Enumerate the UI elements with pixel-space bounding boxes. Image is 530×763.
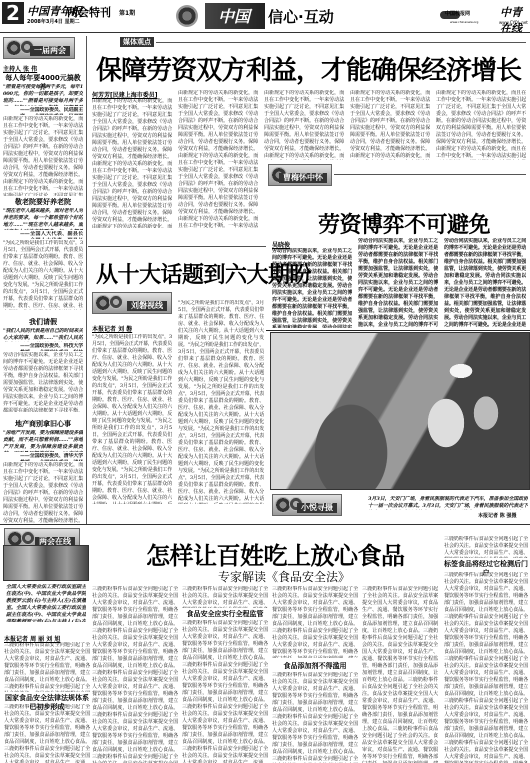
article4-col3a: 三鹿奶粉事件后食品安全问题引起了全社会的关注。食品安全法草案提交全国人大常委会审…	[182, 586, 268, 608]
emblem-icon	[109, 295, 123, 309]
news-photo	[270, 332, 530, 490]
left-quote-2: "现在老年人越来越多，面对老年人对养老的要求，每一个都希望有个好的地方……""现…	[3, 208, 83, 230]
left-quote-4: "房地产开发商，要为保障房建设多做贡献，而不是只想着利润……""房地产开发商，要…	[3, 430, 83, 452]
article4-col6b: 三鹿奶粉事件后食品安全问题引起了全社会的关注。食品安全法草案提交全国人大常委会审…	[444, 572, 528, 763]
column-divider	[86, 36, 87, 524]
photo-caption: 3月3日，天安门广场，身着民族服装的代表走下汽车，准备参加全国政协十一届一次会议…	[368, 496, 528, 510]
left-attr-4: ——全国政协委员、清华大学教授——全国政协委员、清华大学教授——全国政协委员、清…	[20, 453, 83, 461]
article1-headline: 保障劳资双方利益，才能确保经济增长	[96, 50, 521, 87]
label-text: 小悦寻摄	[297, 503, 337, 513]
left-body-2: "为民之所盼是我们工作的出发点"，3月5日，全国两会正式开幕，代表委员们带来了基…	[3, 240, 83, 310]
left-attr-2: ——全国人大代表、副县长——全国人大代表、副县长——全国人大代表、副县长——全国…	[20, 231, 83, 239]
section-rule	[334, 174, 526, 175]
article2-headline: 劳资博弈不可避免	[318, 208, 490, 239]
cyol-url: www.CYOL.net	[499, 20, 528, 25]
section-rule	[88, 246, 266, 247]
article1-kicker: 媒体观点	[120, 37, 154, 47]
left-body-3: 劳动合同法实施以来，企业与员工之间的博弈不可避免。无论是企业还是劳动者都需要在新…	[3, 352, 83, 412]
article4-subheadline: 专家解读《食品安全法》	[218, 568, 350, 585]
article4-subhead-2: 食品安全应实行全程监管	[182, 610, 268, 619]
article4-col6a: 三鹿奶粉事件后食品安全问题引起了全社会的关注。食品安全法草案提交全国人大常委会审…	[444, 536, 528, 558]
photo-rule	[266, 330, 530, 331]
banner-logo: 中国	[218, 4, 250, 27]
article1-col3: 由新规定下的劳动关系的新变化，而且在工作中变化不断。一年来劳动法实施引起了广泛讨…	[264, 90, 344, 160]
article3-headline: 从十大话题到六大期盼	[96, 258, 311, 289]
kicker-rule	[156, 42, 526, 43]
article3-label: 刘磐视线	[92, 292, 172, 314]
article4-col5: 三鹿奶粉事件后食品安全问题引起了全社会的关注。食品安全法草案提交全国人大常委会审…	[362, 586, 438, 763]
article4-col3b: 三鹿奶粉事件后食品安全问题引起了全社会的关注。食品安全法草案提交全国人大常委会审…	[182, 620, 268, 763]
national-emblem-icon	[176, 5, 198, 27]
partner-site-name: 中国校报网	[445, 10, 470, 17]
article4-headline: 怎样让百姓吃上放心食品	[146, 536, 405, 571]
left-body-4: 由新规定下的劳动关系的新变化，而且在工作中变化不断。一年来劳动法实施引起了广泛讨…	[3, 462, 83, 524]
article1-col1: 由新规定下的劳动关系的新变化，而且在工作中变化不断。一年来劳动法实施引起了广泛讨…	[92, 98, 172, 228]
left-quote-1: "照看是可接受每月两千多元，每年1000元，你的一切都是孩子，却要交班的……""…	[3, 84, 83, 106]
label-text: 曹梅怀中怀	[279, 173, 327, 183]
article2-col2: 劳动合同法实施以来，企业与员工之间的博弈不可避免。无论是企业还是劳动者都需要在新…	[358, 238, 438, 328]
left-body-1: 由新规定下的劳动关系的新变化，而且在工作中变化不断。一年来劳动法实施引起了广泛讨…	[3, 116, 83, 196]
issue-date: 2008年3月4日 星期二	[27, 18, 80, 25]
photo-label: 小悦寻摄	[272, 494, 342, 516]
article1-col5: 由新规定下的劳动关系的新变化，而且在工作中变化不断。一年来劳动法实施引起了广泛讨…	[436, 90, 526, 160]
article4-col4b: 三鹿奶粉事件后食品安全问题引起了全社会的关注。食品安全法草案提交全国人大常委会审…	[272, 672, 358, 763]
left-attr-3: ——全国政协委员、科技大学教授——全国政协委员、科技大学教授——全国政协委员、科…	[20, 343, 83, 351]
left-column-label: 一届两会	[3, 37, 75, 59]
article4-col2: 三鹿奶粉事件后食品安全问题引起了全社会的关注。食品安全法草案提交全国人大常委会审…	[92, 586, 178, 763]
article3-col2: "为民之所盼是我们工作的出发点"，3月5日，全国两会正式开幕，代表委员们带来了基…	[178, 300, 264, 504]
left-attr-1: ——全国政协委员、民进副主席——全国政协委员、民进副主席——全国政协委员、民进副…	[20, 107, 83, 115]
left-byline: 主持人 张 伟	[3, 64, 37, 73]
photo-credit: 本报记者 陈 强摄	[478, 512, 516, 519]
label-text: 刘磐视线	[127, 301, 167, 311]
left-subhead-2: 敬老院要好养老院	[3, 198, 83, 207]
emblem-icon	[21, 531, 35, 545]
article4-col1b: 三鹿奶粉事件后食品安全问题引起了全社会的关注。食品安全法草案提交全国人大常委会审…	[4, 704, 90, 763]
studio-photo-caption: 全国人大常委会法工委行政法室副主任袁杰(中)、中国农业大学食品学院教授罗云波(右…	[6, 584, 86, 622]
article4-col1a: 三鹿奶粉事件后食品安全问题引起了全社会的关注。食品安全法草案提交全国人大常委会审…	[4, 642, 90, 692]
masthead-rule	[0, 32, 530, 33]
section-rule	[0, 524, 530, 525]
page-number: 2	[2, 2, 24, 24]
article1-col4: 由新规定下的劳动关系的新变化，而且在工作中变化不断。一年来劳动法实施引起了广泛讨…	[350, 90, 430, 160]
left-subhead-3: 我们请假	[3, 318, 83, 327]
section-title: 信心·互动	[268, 6, 334, 27]
article4-subhead-3: 食品添加剂不得滥用	[272, 662, 358, 671]
label-text: 一届两会	[30, 46, 70, 56]
article3-col1: "为民之所盼是我们工作的出发点"，3月5日，全国两会正式开幕，代表委员们带来了基…	[92, 334, 172, 504]
left-quote-3: "我们人民的代表是用自己的时间来关心大家的事，如果……""我们人民的代表是用自己…	[3, 328, 83, 342]
article1-col2: 由新规定下的劳动关系的新变化，而且在工作中变化不断。一年来劳动法实施引起了广泛讨…	[178, 90, 258, 228]
article4-col4a: 三鹿奶粉事件后食品安全问题引起了全社会的关注。食品安全法草案提交全国人大常委会审…	[272, 586, 358, 658]
left-subhead-4: 地产商别拿旧心事	[3, 420, 83, 429]
article2-label: 曹梅怀中怀	[268, 164, 332, 186]
issue-number: 第1期	[119, 8, 135, 17]
partner-site-url: www.chinaxww.org	[450, 20, 478, 24]
article2-col3: 劳动合同法实施以来，企业与员工之间的博弈不可避免。无论是企业还是劳动者都需要在新…	[444, 238, 526, 328]
studio-photo	[3, 545, 89, 581]
article3-byline: 本报记者 刘 磐	[92, 324, 132, 333]
